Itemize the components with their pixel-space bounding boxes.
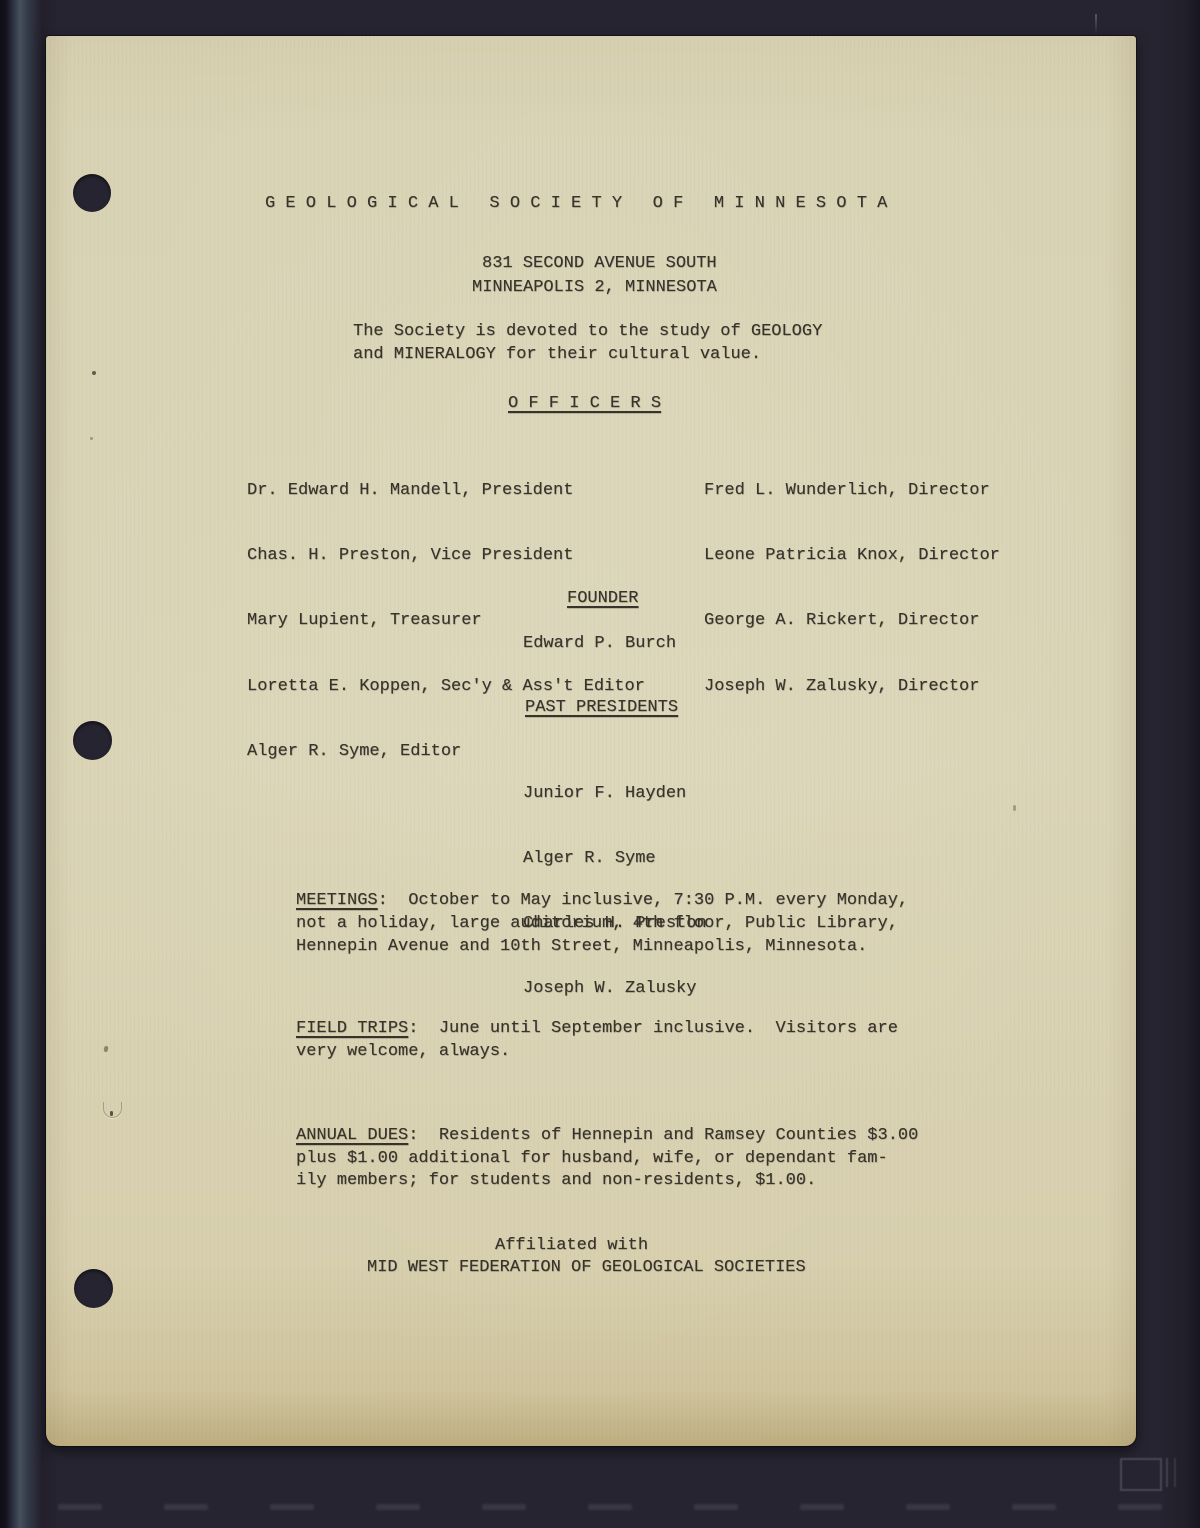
- officer-entry: Joseph W. Zalusky, Director: [704, 676, 1000, 698]
- officer-entry: Mary Lupient, Treasurer: [247, 610, 645, 632]
- microfilm-scan-background: G E O L O G I C A L S O C I E T Y O F M …: [0, 0, 1200, 1528]
- annual-dues-line-2: plus $1.00 additional for husband, wife,…: [296, 1149, 888, 1168]
- section-heading-officers: O F F I C E R S: [508, 392, 661, 415]
- film-frame-mark-line: [1166, 1458, 1176, 1487]
- annual-dues-label: ANNUAL DUES: [296, 1126, 408, 1145]
- mission-line-2: and MINERALOGY for their cultural value.: [353, 345, 761, 364]
- meetings-line-1: : October to May inclusive, 7:30 P.M. ev…: [378, 891, 909, 910]
- address-line-1: 831 SECOND AVENUE SOUTH: [482, 252, 717, 276]
- field-trips-line-1: : June until September inclusive. Visito…: [408, 1019, 898, 1038]
- address-line-2: MINNEAPOLIS 2, MINNESOTA: [472, 276, 717, 299]
- meetings-line-3: Hennepin Avenue and 10th Street, Minneap…: [296, 937, 867, 956]
- film-edge-markings: [0, 1504, 1200, 1514]
- past-president-entry: Joseph W. Zalusky: [523, 978, 707, 1000]
- officer-entry: Fred L. Wunderlich, Director: [704, 480, 1000, 502]
- past-president-entry: Junior F. Hayden: [523, 783, 707, 805]
- affiliation-line-2: MID WEST FEDERATION OF GEOLOGICAL SOCIET…: [367, 1256, 806, 1279]
- hole-punch: [73, 174, 111, 212]
- meetings-line-2: not a holiday, large auditorium, 4th flo…: [296, 914, 898, 933]
- officer-entry: Chas. H. Preston, Vice President: [247, 545, 645, 567]
- paper-speck: [90, 437, 93, 440]
- field-trips-line-2: very welcome, always.: [296, 1042, 510, 1061]
- hole-punch: [74, 1269, 113, 1308]
- section-heading-past-presidents: PAST PRESIDENTS: [525, 696, 678, 719]
- officer-entry: George A. Rickert, Director: [704, 610, 1000, 632]
- annual-dues-paragraph: ANNUAL DUES: Residents of Hennepin and R…: [296, 1125, 918, 1193]
- officers-right-column: Fred L. Wunderlich, Director Leone Patri…: [704, 436, 1000, 741]
- paper-speck: [103, 1046, 108, 1053]
- meetings-label: MEETINGS: [296, 891, 378, 910]
- section-heading-founder: FOUNDER: [567, 587, 638, 610]
- annual-dues-line-3: ily members; for students and non-reside…: [296, 1171, 816, 1190]
- officer-entry: Leone Patricia Knox, Director: [704, 545, 1000, 567]
- mission-line-1: The Society is devoted to the study of G…: [353, 322, 822, 341]
- meetings-paragraph: MEETINGS: October to May inclusive, 7:30…: [296, 889, 908, 958]
- mission-statement: The Society is devoted to the study of G…: [353, 320, 822, 366]
- founder-name: Edward P. Burch: [523, 632, 676, 655]
- paper-speck: [92, 371, 96, 375]
- hole-punch: [73, 721, 112, 760]
- page-title: G E O L O G I C A L S O C I E T Y O F M …: [265, 192, 887, 215]
- document-page: G E O L O G I C A L S O C I E T Y O F M …: [46, 36, 1136, 1446]
- annual-dues-line-1: : Residents of Hennepin and Ramsey Count…: [408, 1126, 918, 1145]
- paper-speck: [1013, 805, 1016, 811]
- officer-entry: Loretta E. Koppen, Sec'y & Ass't Editor: [247, 676, 645, 698]
- affiliation-line-1: Affiliated with: [495, 1234, 648, 1257]
- officer-entry: Dr. Edward H. Mandell, President: [247, 480, 645, 502]
- film-frame-mark: [1120, 1458, 1162, 1491]
- field-trips-label: FIELD TRIPS: [296, 1019, 408, 1038]
- field-trips-paragraph: FIELD TRIPS: June until September inclus…: [296, 1017, 898, 1063]
- paper-indentation-mark: [103, 1102, 122, 1118]
- past-president-entry: Alger R. Syme: [523, 848, 707, 870]
